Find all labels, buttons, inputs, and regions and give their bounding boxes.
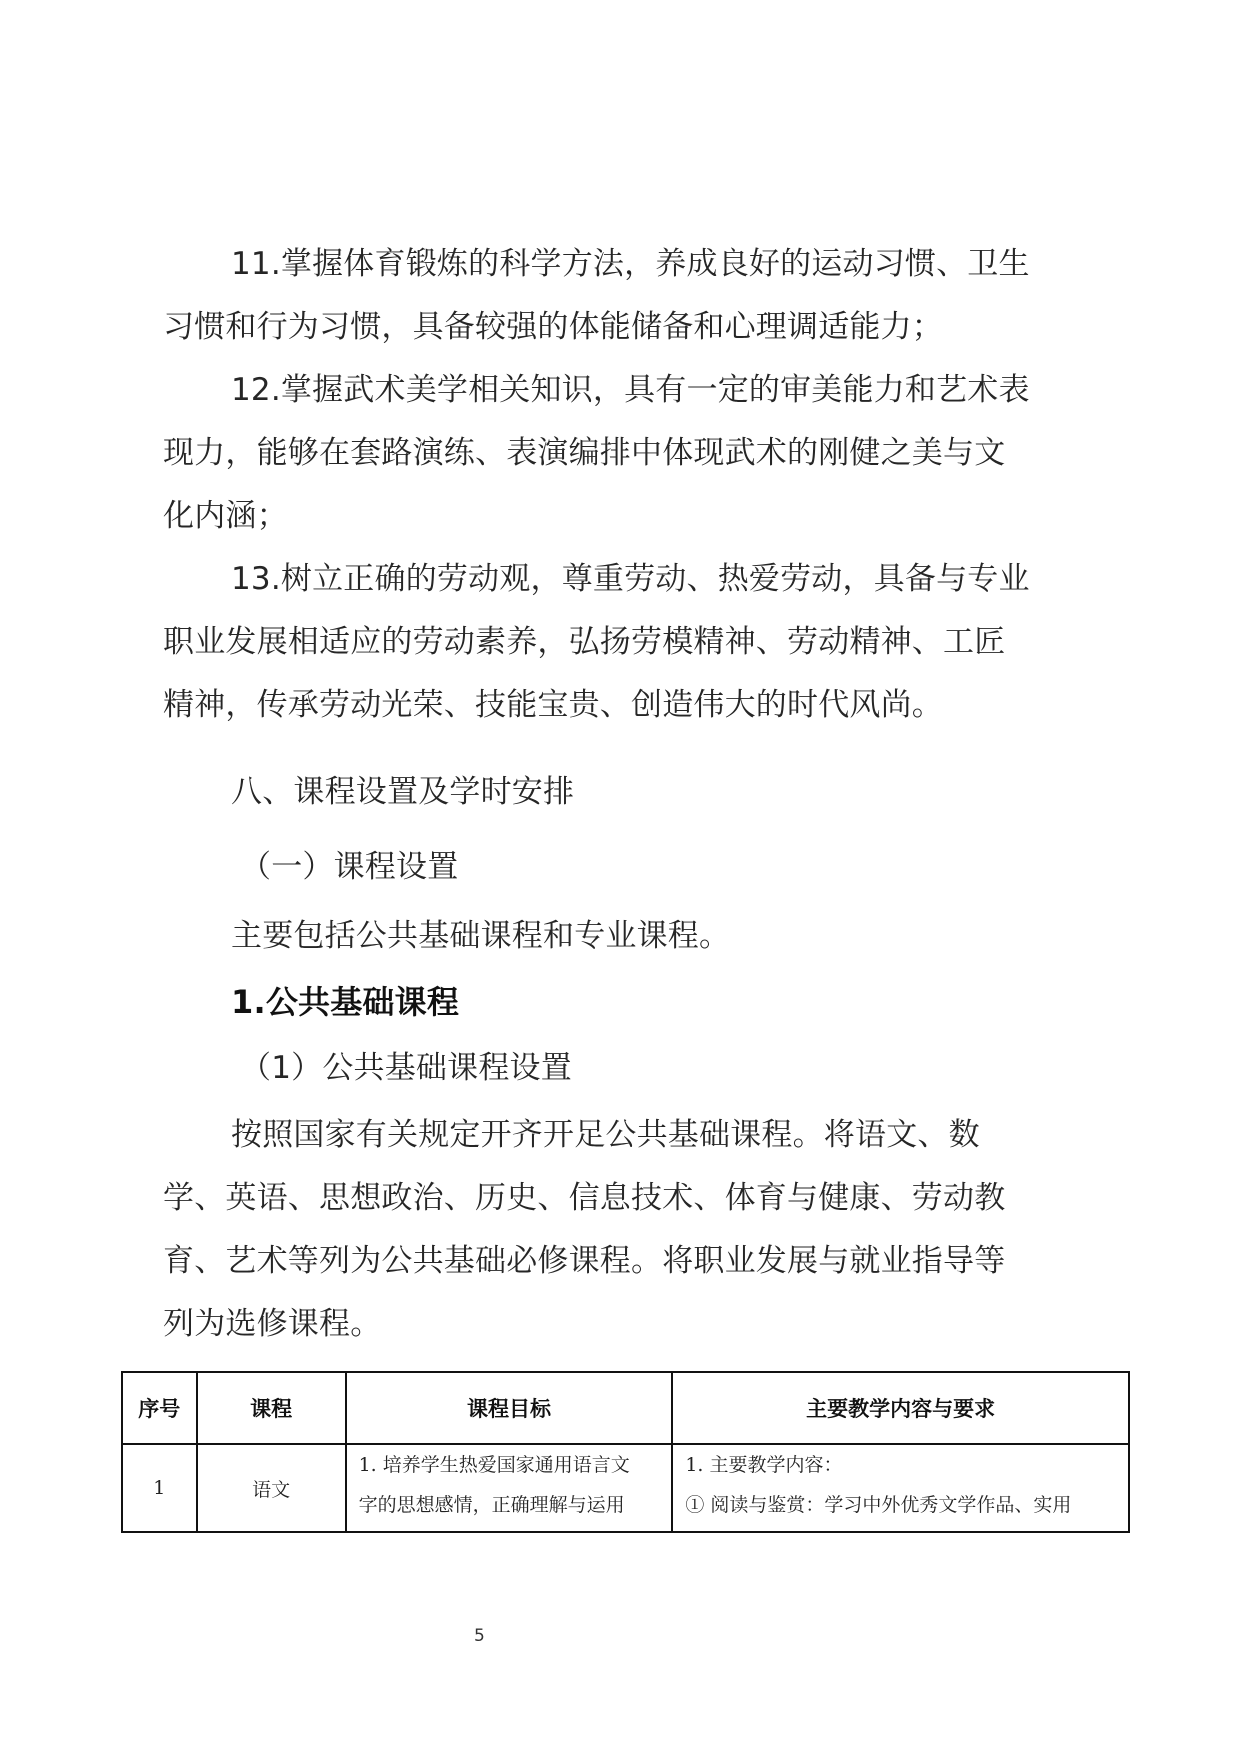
table-row: 1 语文 1. 培养学生热爱国家通用语言文 字的思想感情，正确理解与运用 1. … — [122, 1444, 1129, 1532]
description-line-4: 列为选修课程。 — [163, 1304, 381, 1344]
header-goal: 课程目标 — [346, 1372, 673, 1444]
cell-goal: 1. 培养学生热爱国家通用语言文 字的思想感情，正确理解与运用 — [346, 1444, 673, 1532]
description-line-1: 按照国家有关规定开齐开足公共基础课程。将语文、数 — [231, 1115, 980, 1155]
header-content: 主要教学内容与要求 — [672, 1372, 1129, 1444]
header-course: 课程 — [197, 1372, 346, 1444]
paragraph-12-line-1: 12.掌握武术美学相关知识，具有一定的审美能力和艺术表 — [231, 370, 1030, 410]
section-heading: 八、课程设置及学时安排 — [231, 772, 574, 812]
content-line: 1. 主要教学内容： — [685, 1445, 1118, 1485]
paragraph-11-line-1: 11.掌握体育锻炼的科学方法，养成良好的运动习惯、卫生 — [231, 244, 1030, 284]
content-line: ① 阅读与鉴赏：学习中外优秀文学作品、实用 — [685, 1485, 1118, 1525]
cell-content: 1. 主要教学内容： ① 阅读与鉴赏：学习中外优秀文学作品、实用 — [672, 1444, 1129, 1532]
course-table: 序号 课程 课程目标 主要教学内容与要求 1 语文 1. 培养学生热爱国家通用语… — [121, 1371, 1130, 1533]
table-header-row: 序号 课程 课程目标 主要教学内容与要求 — [122, 1372, 1129, 1444]
page-number: 5 — [474, 1626, 485, 1646]
paragraph-12-line-2: 现力，能够在套路演练、表演编排中体现武术的刚健之美与文 — [163, 433, 1005, 473]
description-line-3: 育、艺术等列为公共基础必修课程。将职业发展与就业指导等 — [163, 1241, 1005, 1281]
cell-index: 1 — [122, 1444, 197, 1532]
paragraph-11-line-2: 习惯和行为习惯，具备较强的体能储备和心理调适能力； — [163, 307, 943, 347]
header-index: 序号 — [122, 1372, 197, 1444]
paragraph-12-line-3: 化内涵； — [163, 496, 288, 536]
bold-heading: 1.公共基础课程 — [231, 982, 459, 1022]
goal-line: 字的思想感情，正确理解与运用 — [359, 1485, 662, 1525]
paragraph-13-line-3: 精神，传承劳动光荣、技能宝贵、创造伟大的时代风尚。 — [163, 685, 943, 725]
cell-course: 语文 — [197, 1444, 346, 1532]
subsection-heading: （一）课程设置 — [240, 847, 458, 887]
paragraph-13-line-2: 职业发展相适应的劳动素养，弘扬劳模精神、劳动精神、工匠 — [163, 622, 1005, 662]
intro-text: 主要包括公共基础课程和专业课程。 — [231, 916, 730, 956]
sub-heading: （1）公共基础课程设置 — [240, 1048, 572, 1088]
goal-line: 1. 培养学生热爱国家通用语言文 — [359, 1445, 662, 1485]
description-line-2: 学、英语、思想政治、历史、信息技术、体育与健康、劳动教 — [163, 1178, 1005, 1218]
paragraph-13-line-1: 13.树立正确的劳动观，尊重劳动、热爱劳动，具备与专业 — [231, 559, 1030, 599]
